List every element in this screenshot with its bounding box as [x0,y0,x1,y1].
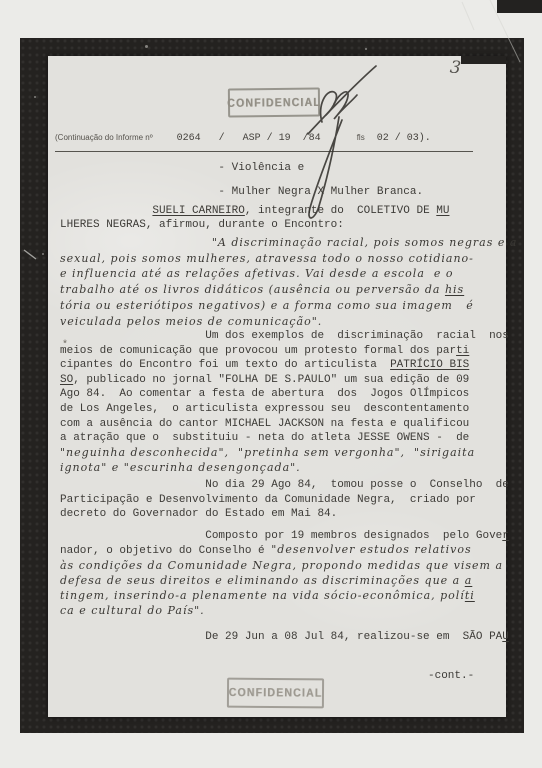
scanned-document-page: 3 CONFIDENCIAL (Continuação do Informe n… [0,0,542,768]
paper-sheet: 3 CONFIDENCIAL (Continuação do Informe n… [48,56,506,717]
text-segment: his [445,283,464,296]
text-line: "neguinha desconhecida", "pretinha sem v… [60,446,509,462]
topic-list: - Violência e - Mulher Negra X Mulher Br… [60,156,423,204]
text-segment: U [502,631,509,643]
text-segment: às condições da Comunidade Negra, propon… [60,559,503,572]
text-segment [321,133,357,144]
speck [365,48,367,50]
header-line: (Continuação do Informe nº 0264 / ASP / … [55,130,473,152]
text-segment: defesa de seus direitos e eliminando as … [60,574,465,587]
text-segment: de Los Angeles, o articulista expressou … [60,403,469,415]
text-line: - Mulher Negra X Mulher Branca. [60,180,423,204]
text-segment: ti [465,589,475,602]
continuation-note: -cont.- [428,670,474,682]
text-line: com a ausência do cantor MICHAEL JACKSON… [60,417,509,432]
text-segment: , integrante do COLETIVO DE [245,205,436,217]
text-segment: com a ausência do cantor MICHAEL JACKSON… [60,418,469,430]
text-segment: Composto por 19 membros designados pelo … [60,530,502,542]
text-line: trabalho até os livros didáticos (ausênc… [60,283,517,299]
text-line: às condições da Comunidade Negra, propon… [60,559,509,574]
text-line: decreto do Governador do Estado em Mai 8… [60,507,509,522]
text-line: tória ou esteriótipos negativos) e a for… [60,299,517,315]
speck [34,96,36,98]
text-segment: a atração que o substituiu - neta do atl… [60,432,469,444]
speck [42,253,44,255]
text-line: (Continuação do Informe nº 0264 / ASP / … [55,130,473,147]
text-segment: nador, o objetivo do Conselho é [60,545,271,557]
text-segment: 02 / 03). [365,133,431,144]
text-segment: LHERES NEGRAS, afirmou, durante o Encont… [60,219,344,231]
text-segment: fls [357,133,365,142]
paragraph-sao-paulo: De 29 Jun a 08 Jul 84, realizou-se em SÃ… [60,630,509,644]
confidencial-stamp-bottom-label: CONFIDENCIAL [229,686,323,700]
text-line: No dia 29 Ago 84, tomou posse o Conselho… [60,478,509,493]
text-line: ca e cultural do País". [60,604,509,619]
text-line: a atração que o substituiu - neta do atl… [60,431,509,446]
text-segment: (Continuação do Informe nº [55,133,153,142]
text-segment: decreto do Governador do Estado em Mai 8… [60,508,337,520]
text-segment [60,205,152,217]
text-segment: veiculada pelos meios de comunicação". [60,315,322,328]
text-line: Participação e Desenvolvimento da Comuni… [60,493,509,508]
text-segment: Um dos exemplos de discriminação racial … [60,330,509,342]
text-segment: SUELI CARNEIRO [152,205,244,217]
paragraph-patricio-bisso: Um dos exemplos de discriminação racial … [60,329,509,477]
text-segment [60,238,212,250]
text-line: de Los Angeles, o articulista expressou … [60,402,509,417]
text-segment: - Mulher Negra X Mulher Branca. [60,186,423,198]
text-segment: , publicado no jornal "FOLHA DE S.PAULO"… [73,374,469,386]
text-segment: r [502,530,509,542]
text-segment: "A discriminação racial, pois somos negr… [212,236,518,249]
text-segment: Participação e Desenvolvimento da Comuni… [60,494,476,506]
text-segment: "neguinha desconhecida", "pretinha sem v… [60,446,475,459]
text-segment: ca e cultural do País". [60,604,205,617]
text-segment: meios de comunicação que provocou um pro… [60,345,456,357]
text-segment: e influencia até as relações afetivas. V… [60,267,454,280]
text-segment: sexual, pois somos mulheres, atravessa t… [60,252,474,265]
text-line: tingem, inserindo-a plenamente na vida s… [60,589,509,604]
scan-dark-border: 3 CONFIDENCIAL (Continuação do Informe n… [20,38,524,733]
text-line: De 29 Jun a 08 Jul 84, realizou-se em SÃ… [60,630,509,644]
text-segment: a [465,574,473,587]
quote-discriminacao: "A discriminação racial, pois somos negr… [60,236,517,330]
corner-black-mark [497,0,542,13]
text-segment: MU [436,205,449,217]
text-line: SUELI CARNEIRO, integrante do COLETIVO D… [60,204,449,218]
text-segment: ignota" e "escurinha desengonçada". [60,461,301,474]
text-segment: PATRÍCIO BIS [390,359,469,371]
text-segment: tória ou esteriótipos negativos) e a for… [60,299,474,312]
text-segment: De 29 Jun a 08 Jul 84, realizou-se em SÃ… [60,631,502,643]
text-line: "A discriminação racial, pois somos negr… [60,236,517,252]
text-line: SO, publicado no jornal "FOLHA DE S.PAUL… [60,373,509,388]
text-segment: SO [60,374,73,386]
text-line: veiculada pelos meios de comunicação". [60,315,517,331]
text-line: e influencia até as relações afetivas. V… [60,267,517,283]
document-body: (Continuação do Informe nº 0264 / ASP / … [48,56,506,717]
paragraph-composto: Composto por 19 membros designados pelo … [60,529,509,620]
text-segment: ti [456,345,469,357]
text-line: cipantes do Encontro foi um texto do art… [60,358,509,373]
text-line: - Violência e [60,156,423,180]
margin-asterisk-mark: * [62,340,68,351]
text-line: defesa de seus direitos e eliminando as … [60,574,509,589]
text-segment: - Violência e [60,162,304,174]
text-line: Um dos exemplos de discriminação racial … [60,329,509,344]
paragraph-sueli: SUELI CARNEIRO, integrante do COLETIVO D… [60,204,449,232]
text-line: Ago 84. Ao comentar a festa de abertura … [60,387,509,402]
text-segment: tingem, inserindo-a plenamente na vida s… [60,589,465,602]
text-line: sexual, pois somos mulheres, atravessa t… [60,252,517,268]
speck [145,45,148,48]
text-segment: 0264 / ASP / 19 /84 [153,133,321,144]
paragraph-conselho: No dia 29 Ago 84, tomou posse o Conselho… [60,478,509,522]
text-line: Composto por 19 membros designados pelo … [60,529,509,543]
text-line: LHERES NEGRAS, afirmou, durante o Encont… [60,218,449,232]
text-line: meios de comunicação que provocou um pro… [60,344,509,359]
text-line: ignota" e "escurinha desengonçada". [60,461,509,477]
text-line: nador, o objetivo do Conselho é "desenvo… [60,543,509,558]
text-segment: "desenvolver estudos relativos [271,543,471,556]
text-segment: No dia 29 Ago 84, tomou posse o Conselho… [60,479,509,491]
text-segment: cipantes do Encontro foi um texto do art… [60,359,390,371]
text-segment: trabalho até os livros didáticos (ausênc… [60,283,445,296]
text-segment: Ago 84. Ao comentar a festa de abertura … [60,388,469,400]
confidencial-stamp-bottom: CONFIDENCIAL [227,678,324,709]
